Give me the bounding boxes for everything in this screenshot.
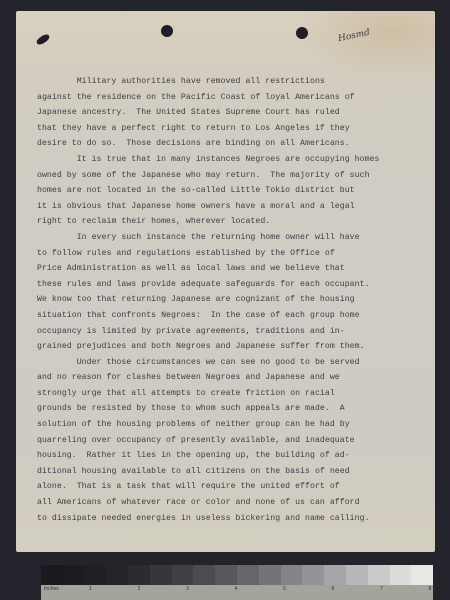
- text-line: against the residence on the Pacific Coa…: [37, 90, 427, 106]
- gray-step: [193, 565, 215, 585]
- color-scale-bar: Inches 12345678: [41, 565, 433, 600]
- gray-step: [150, 565, 172, 585]
- ruler-tick-label: 6: [332, 586, 335, 592]
- text-line: situation that confronts Negroes: In the…: [37, 308, 427, 324]
- ruler-tick-label: 4: [235, 586, 238, 592]
- punch-hole-left: [161, 25, 173, 37]
- text-line: ditional housing available to all citize…: [37, 464, 427, 480]
- text-line: strongly urge that all attempts to creat…: [37, 386, 427, 402]
- gray-step: [368, 565, 390, 585]
- ruler-tick-label: 7: [380, 586, 383, 592]
- text-line: these rules and laws provide adequate sa…: [37, 277, 427, 293]
- inch-ruler: Inches 12345678: [41, 585, 433, 600]
- gray-step: [390, 565, 412, 585]
- text-line: and no reason for clashes between Negroe…: [37, 370, 427, 386]
- gray-step: [128, 565, 150, 585]
- gray-scale-strip: [41, 565, 433, 585]
- text-line: desire to do so. Those decisions are bin…: [37, 136, 427, 152]
- text-line: owned by some of the Japanese who may re…: [37, 168, 427, 184]
- text-line: alone. That is a task that will require …: [37, 479, 427, 495]
- text-line: In every such instance the returning hom…: [37, 230, 427, 246]
- gray-step: [281, 565, 303, 585]
- ruler-tick-label: 1: [89, 586, 92, 592]
- gray-step: [215, 565, 237, 585]
- gray-step: [411, 565, 433, 585]
- text-line: it is obvious that Japanese home owners …: [37, 199, 427, 215]
- gray-step: [346, 565, 368, 585]
- text-line: grounds be resisted by those to whom suc…: [37, 401, 427, 417]
- text-line: to dissipate needed energies in useless …: [37, 511, 427, 527]
- text-line: grained prejudices and both Negroes and …: [37, 339, 427, 355]
- text-line: We know too that returning Japanese are …: [37, 292, 427, 308]
- text-line: quarreling over occupancy of presently a…: [37, 433, 427, 449]
- gray-step: [237, 565, 259, 585]
- text-line: to follow rules and regulations establis…: [37, 246, 427, 262]
- gray-step: [172, 565, 194, 585]
- text-line: that they have a perfect right to return…: [37, 121, 427, 137]
- text-line: Price Administration as well as local la…: [37, 261, 427, 277]
- gray-step: [106, 565, 128, 585]
- gray-step: [324, 565, 346, 585]
- ruler-tick-label: 5: [283, 586, 286, 592]
- ruler-tick-label: 8: [429, 586, 432, 592]
- text-line: occupancy is limited by private agreemen…: [37, 324, 427, 340]
- torn-hole: [35, 33, 51, 46]
- gray-step: [85, 565, 107, 585]
- text-line: solution of the housing problems of neit…: [37, 417, 427, 433]
- text-line: all Americans of whatever race or color …: [37, 495, 427, 511]
- text-line: Under those circumstances we can see no …: [37, 355, 427, 371]
- ruler-tick-label: 3: [186, 586, 189, 592]
- punch-hole-right: [296, 27, 308, 39]
- text-line: housing. Rather it lies in the opening u…: [37, 448, 427, 464]
- gray-step: [63, 565, 85, 585]
- typed-body-text: Military authorities have removed all re…: [37, 74, 427, 526]
- ruler-tick-label: 2: [138, 586, 141, 592]
- ruler-label: Inches: [44, 586, 59, 592]
- text-line: Military authorities have removed all re…: [37, 74, 427, 90]
- gray-step: [259, 565, 281, 585]
- text-line: Japanese ancestry. The United States Sup…: [37, 105, 427, 121]
- paper-stain: [295, 11, 435, 81]
- text-line: It is true that in many instances Negroe…: [37, 152, 427, 168]
- gray-step: [41, 565, 63, 585]
- text-line: right to reclaim their homes, wherever l…: [37, 214, 427, 230]
- document-page: Hosmd Military authorities have removed …: [16, 11, 435, 552]
- text-line: homes are not located in the so-called L…: [37, 183, 427, 199]
- gray-step: [302, 565, 324, 585]
